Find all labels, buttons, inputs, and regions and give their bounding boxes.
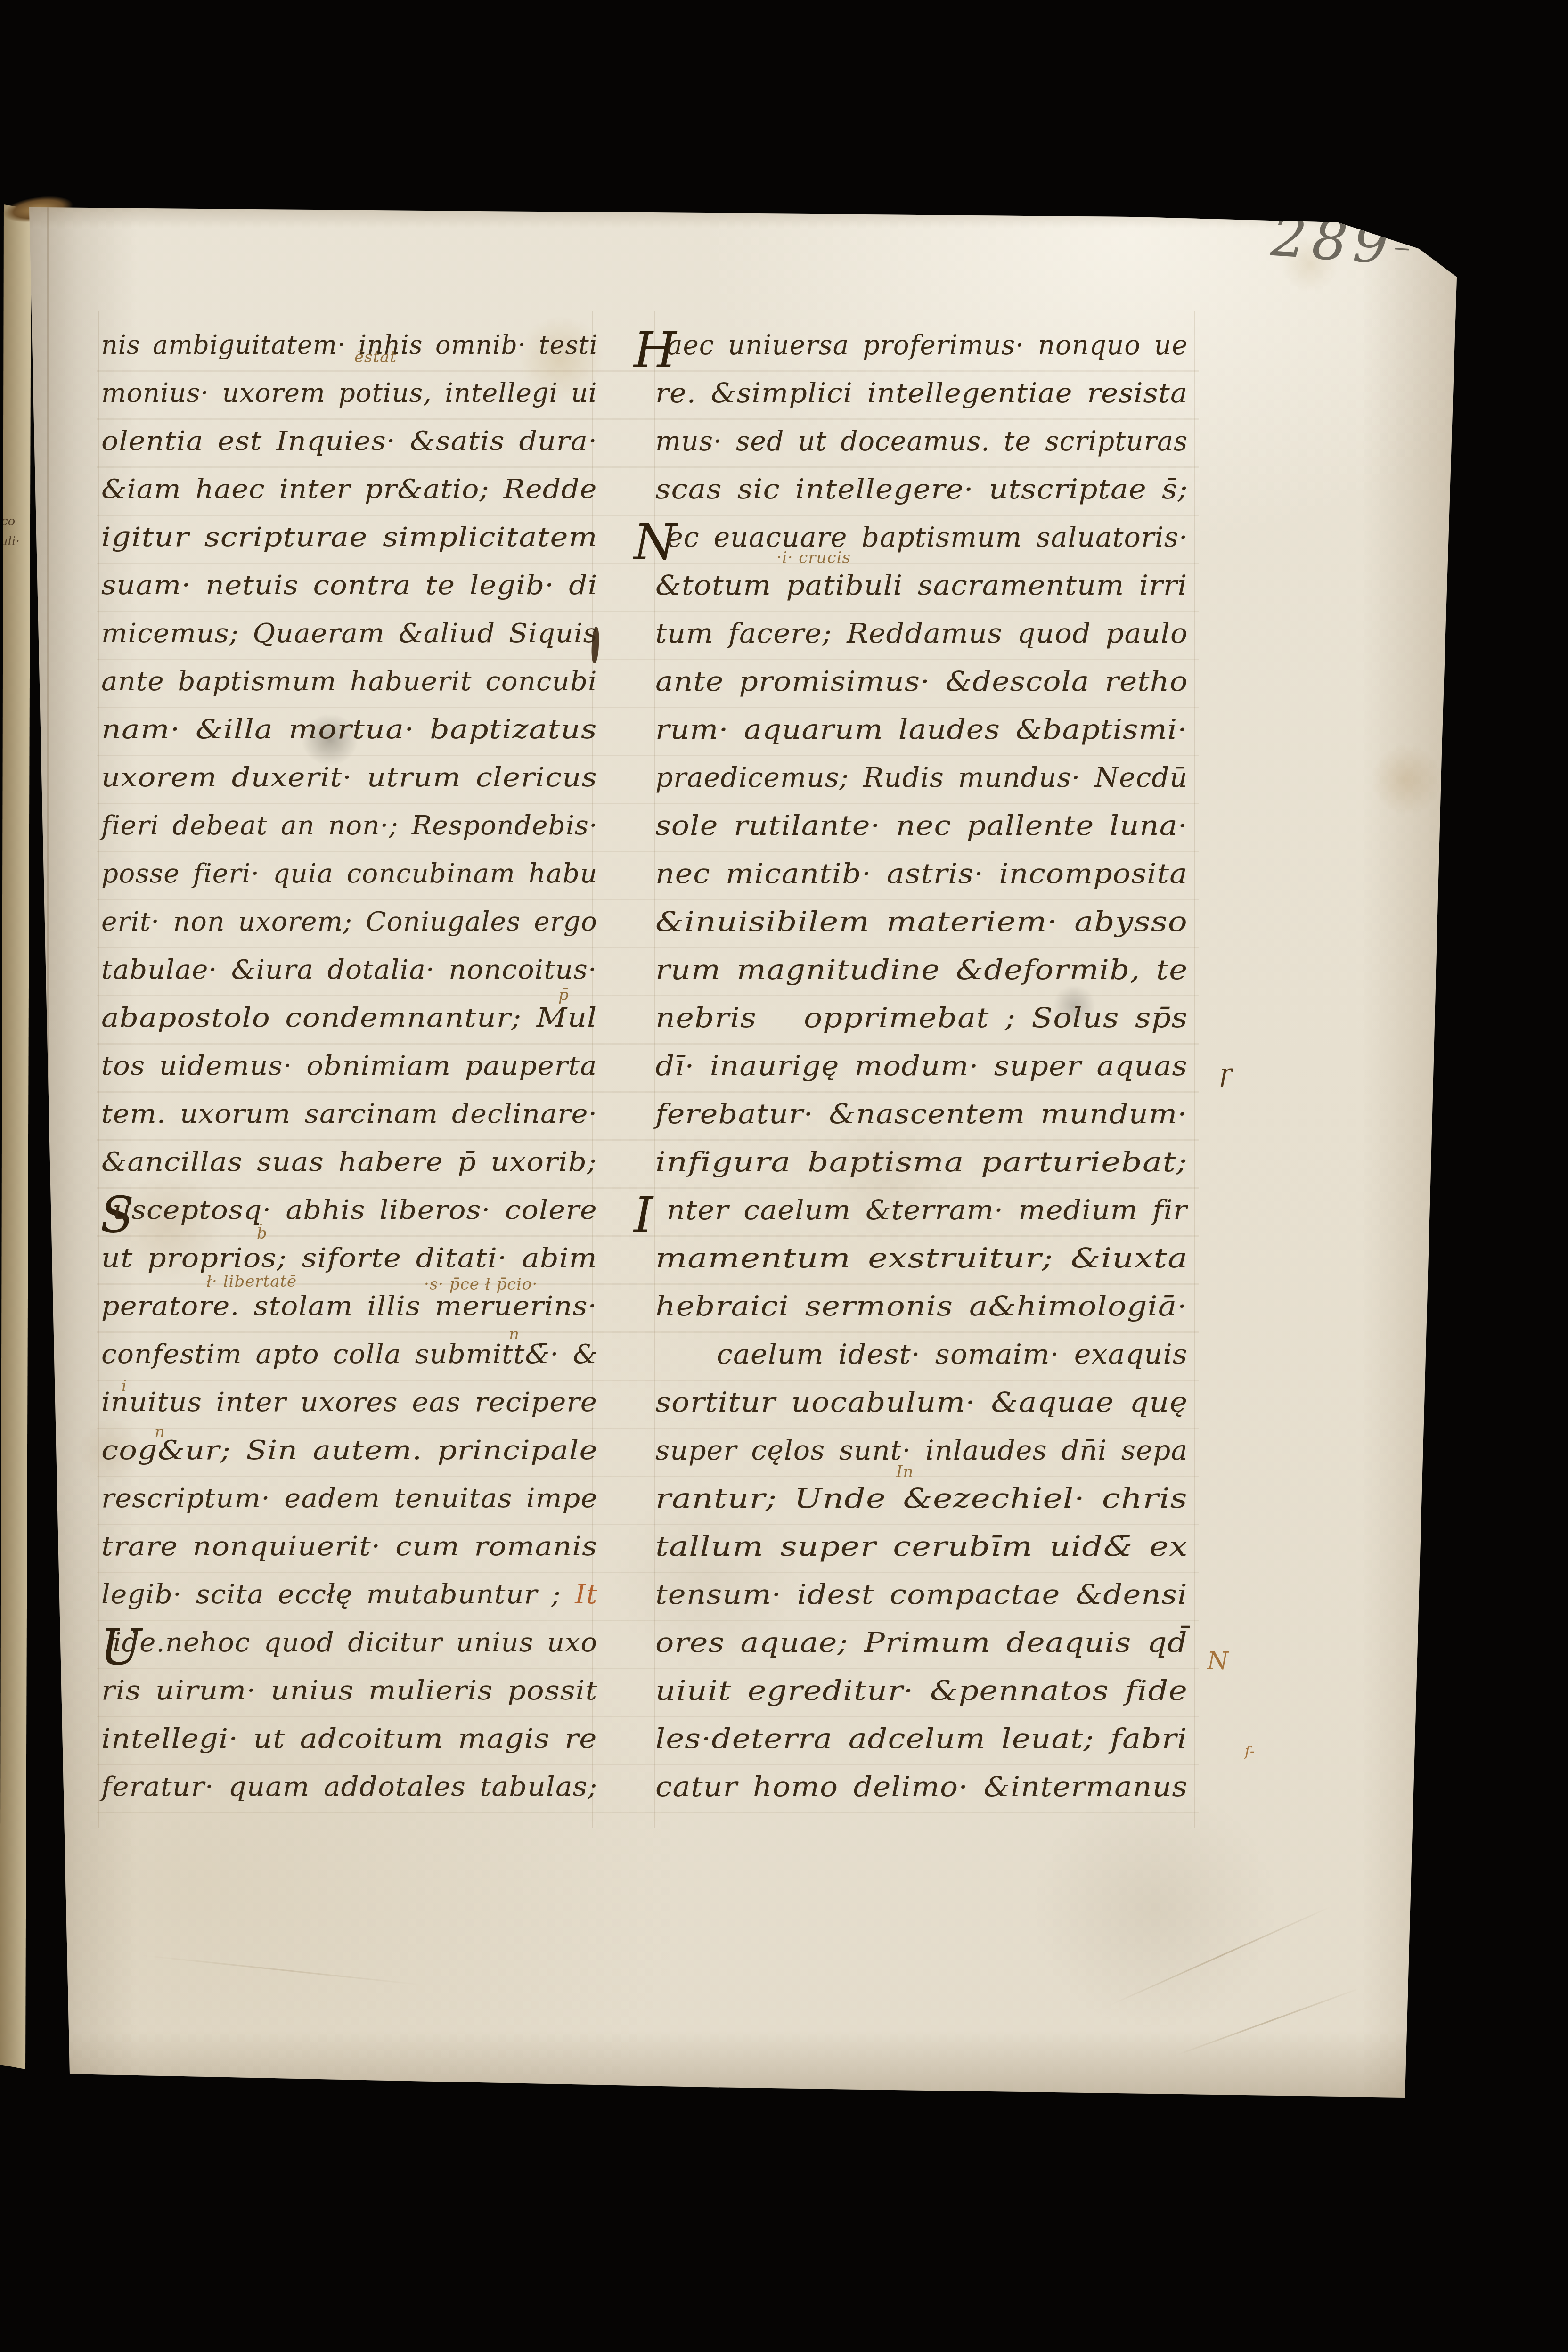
text-line: trare nonquiuerit· cum romanis bbox=[101, 1531, 597, 1577]
text-line: sortitur uocabulum· &aquae quę bbox=[655, 1387, 1188, 1433]
interlinear-gloss: n bbox=[155, 1423, 165, 1442]
line-text: nter caelum &terram· medium fir bbox=[667, 1195, 1187, 1226]
line-text: inuitus inter uxores eas recipere bbox=[101, 1387, 597, 1418]
text-line: inuitus inter uxores eas recipere bbox=[101, 1387, 597, 1433]
text-line: legib· scita eccłę mutabuntur ; It bbox=[101, 1579, 597, 1625]
text-line: monius· uxorem potius, intellegi ui bbox=[101, 378, 597, 424]
line-text: igitur scripturae simplicitatem bbox=[101, 522, 598, 553]
text-line: uxorem duxerit· utrum clericus bbox=[101, 762, 597, 808]
margin-mark: N bbox=[1207, 1647, 1229, 1675]
line-text: tos uidemus· obnimiam pauperta bbox=[101, 1051, 597, 1081]
line-text: suam· netuis contra te legib· di bbox=[101, 570, 597, 601]
text-line: tensum· idest compactae &densi bbox=[655, 1579, 1188, 1625]
line-text: mus· sed ut doceamus. te scripturas bbox=[655, 426, 1188, 457]
folio-number-dash: ‒ bbox=[1393, 232, 1411, 262]
line-text: rum· aquarum laudes &baptismi· bbox=[655, 714, 1187, 745]
line-text: ut proprios; siforte ditati· abim bbox=[101, 1243, 597, 1274]
line-text: erit· non uxorem; Coniugales ergo bbox=[101, 906, 597, 937]
line-text: rescriptum· eadem tenuitas impe bbox=[101, 1483, 597, 1514]
folio-number: 289 bbox=[1269, 204, 1396, 277]
text-line: &iam haec inter pr&atio; Redde bbox=[101, 474, 597, 520]
text-line: caelum idest· somaim· exaquis bbox=[717, 1339, 1188, 1385]
page-edge-shadow-top bbox=[29, 206, 1457, 228]
hanging-initial: I bbox=[634, 1186, 653, 1244]
manuscript-page: 289‒ nis ambiguitatem· inhis omnib· test… bbox=[0, 0, 1568, 2352]
text-line: mamentum exstruitur; &iuxta bbox=[655, 1243, 1188, 1289]
text-line: hebraici sermonis a&himologiā· bbox=[655, 1291, 1188, 1337]
line-text: &inuisibilem materiem· abysso bbox=[655, 906, 1188, 938]
text-line: uiuit egreditur· &pennatos fide bbox=[655, 1675, 1188, 1722]
text-line: scas sic intellegere· utscriptae s̄; bbox=[655, 474, 1188, 520]
text-line: dī· inaurigę modum· super aquas bbox=[655, 1051, 1188, 1097]
text-line: rescriptum· eadem tenuitas impe bbox=[101, 1483, 597, 1529]
interlinear-gloss: p̄ bbox=[558, 986, 569, 1004]
line-text: micemus; Quaeram &aliud Siquis bbox=[101, 618, 598, 649]
interlinear-gloss: ḃ bbox=[257, 1224, 268, 1243]
line-text: usceptosq· abhis liberos· colere bbox=[113, 1195, 597, 1225]
line-text: peratore. stolam illis meruerins· bbox=[101, 1291, 597, 1322]
line-text: tem. uxorum sarcinam declinare· bbox=[101, 1099, 597, 1129]
text-line: abapostolo condemnantur; Mul bbox=[101, 1003, 597, 1049]
text-line: nebris opprimebat ; Solus sp̄s bbox=[655, 1003, 1188, 1049]
line-text: monius· uxorem potius, intellegi ui bbox=[101, 378, 597, 408]
line-text: re. &simplici intellegentiae resista bbox=[655, 378, 1188, 409]
line-text: super cęlos sunt· inlaudes dn̄i sepa bbox=[655, 1435, 1188, 1466]
line-text: legib· scita eccłę mutabuntur ; It bbox=[101, 1579, 598, 1610]
folio-number-pencil: 289‒ bbox=[1269, 204, 1413, 278]
text-line: posse fieri· quia concubinam habu bbox=[101, 858, 597, 905]
line-text: les·deterra adcelum leuat; fabri bbox=[655, 1723, 1188, 1755]
column-rule bbox=[98, 311, 99, 1828]
line-text: ide.nehoc quod dicitur unius uxo bbox=[113, 1627, 597, 1658]
text-line: tem. uxorum sarcinam declinare· bbox=[101, 1099, 597, 1145]
line-text: cog&ur; Sin autem. principale bbox=[101, 1435, 598, 1466]
interlinear-gloss: In bbox=[896, 1462, 914, 1481]
line-text: ores aquae; Primum deaquis qd̄ bbox=[655, 1627, 1188, 1658]
text-line: rum magnitudine &deformib, te bbox=[655, 955, 1188, 1001]
text-line: ris uirum· unius mulieris possit bbox=[101, 1675, 597, 1722]
folio-edge-text-fragment: uli· bbox=[0, 534, 20, 548]
line-text: catur homo delimo· &intermanus bbox=[655, 1772, 1188, 1803]
line-text: olentia est Inquies· &satis dura· bbox=[101, 426, 597, 457]
interlinear-gloss: ·s· p̄ce ł p̄cio· bbox=[424, 1275, 538, 1294]
line-text: infigura baptisma parturiebat; bbox=[655, 1147, 1188, 1178]
text-line: nec micantib· astris· incomposita bbox=[655, 858, 1188, 905]
text-line: Haec uniuersa proferimus· nonquo ue bbox=[667, 330, 1188, 376]
text-line: erit· non uxorem; Coniugales ergo bbox=[101, 906, 597, 953]
line-text: uiuit egreditur· &pennatos fide bbox=[655, 1675, 1188, 1707]
interlinear-gloss: ·i· crucis bbox=[776, 548, 851, 567]
line-text: tabulae· &iura dotalia· noncoitus· bbox=[101, 955, 597, 985]
interlinear-gloss: n bbox=[509, 1325, 520, 1344]
text-line: ores aquae; Primum deaquis qd̄ bbox=[655, 1627, 1188, 1674]
line-text: uxorem duxerit· utrum clericus bbox=[101, 762, 597, 793]
margin-mark: ſ- bbox=[1245, 1743, 1255, 1760]
text-line: nam· &illa mortua· baptizatus bbox=[101, 714, 597, 760]
text-line: igitur scripturae simplicitatem bbox=[101, 522, 597, 568]
text-line: catur homo delimo· &intermanus bbox=[655, 1772, 1188, 1818]
text-line: peratore. stolam illis meruerins· bbox=[101, 1291, 597, 1337]
line-text: sole rutilante· nec pallente luna· bbox=[655, 810, 1188, 841]
text-line: fieri debeat an non·; Respondebis· bbox=[101, 810, 597, 857]
line-text: sortitur uocabulum· &aquae quę bbox=[655, 1387, 1188, 1418]
text-line: ante baptismum habuerit concubi bbox=[101, 666, 597, 712]
text-line: confestim apto colla submitt&̄· & bbox=[101, 1339, 597, 1385]
line-text: intellegi· ut adcoitum magis re bbox=[101, 1723, 597, 1754]
text-line: Inter caelum &terram· medium fir bbox=[667, 1195, 1188, 1241]
text-line: tabulae· &iura dotalia· noncoitus· bbox=[101, 955, 597, 1001]
text-line: Susceptosq· abhis liberos· colere bbox=[113, 1195, 597, 1241]
text-line: praedicemus; Rudis mundus· Necdū bbox=[655, 762, 1188, 808]
text-line: tallum super cerubīm uid&̄ ex bbox=[655, 1531, 1188, 1577]
line-text: &totum patibuli sacramentum irri bbox=[655, 570, 1187, 601]
text-line: cog&ur; Sin autem. principale bbox=[101, 1435, 597, 1481]
text-line: &ancillas suas habere p̄ uxorib; bbox=[101, 1147, 597, 1193]
line-text: feratur· quam addotales tabulas; bbox=[101, 1772, 597, 1802]
text-line: Uide.nehoc quod dicitur unius uxo bbox=[113, 1627, 597, 1674]
text-line: infigura baptisma parturiebat; bbox=[655, 1147, 1188, 1193]
text-line: re. &simplici intellegentiae resista bbox=[655, 378, 1188, 424]
interlinear-gloss: i bbox=[122, 1377, 127, 1396]
text-line: Nec euacuare baptismum saluatoris· bbox=[667, 522, 1188, 568]
interlinear-gloss: ēstat bbox=[354, 348, 397, 367]
line-text: caelum idest· somaim· exaquis bbox=[717, 1339, 1188, 1370]
text-line: rum· aquarum laudes &baptismi· bbox=[655, 714, 1188, 760]
line-text: &iam haec inter pr&atio; Redde bbox=[101, 474, 597, 505]
line-text: ris uirum· unius mulieris possit bbox=[101, 1675, 597, 1706]
line-text: abapostolo condemnantur; Mul bbox=[101, 1003, 597, 1033]
text-line: micemus; Quaeram &aliud Siquis bbox=[101, 618, 597, 664]
line-text: dī· inaurigę modum· super aquas bbox=[655, 1051, 1188, 1082]
text-line: rantur; Unde &ezechiel· chris bbox=[655, 1483, 1188, 1529]
line-text: tum facere; Reddamus quod paulo bbox=[655, 618, 1188, 649]
page-edge-shadow-right bbox=[1362, 207, 1461, 2101]
line-text: praedicemus; Rudis mundus· Necdū bbox=[655, 762, 1188, 793]
line-text: tallum super cerubīm uid&̄ ex bbox=[655, 1531, 1188, 1562]
parchment-wrinkle bbox=[1108, 1905, 1332, 2006]
text-line: &inuisibilem materiem· abysso bbox=[655, 906, 1188, 953]
text-line: olentia est Inquies· &satis dura· bbox=[101, 426, 597, 472]
page-edge-shadow-bottom bbox=[29, 2031, 1410, 2101]
text-line: tos uidemus· obnimiam pauperta bbox=[101, 1051, 597, 1097]
line-text: aec uniuersa proferimus· nonquo ue bbox=[667, 330, 1188, 361]
text-line: tum facere; Reddamus quod paulo bbox=[655, 618, 1188, 664]
line-text: ante baptismum habuerit concubi bbox=[101, 666, 597, 697]
text-line: super cęlos sunt· inlaudes dn̄i sepa bbox=[655, 1435, 1188, 1481]
line-text: rantur; Unde &ezechiel· chris bbox=[655, 1483, 1188, 1514]
line-text: posse fieri· quia concubinam habu bbox=[101, 858, 598, 889]
line-text: tensum· idest compactae &densi bbox=[655, 1579, 1188, 1610]
text-line: intellegi· ut adcoitum magis re bbox=[101, 1723, 597, 1770]
text-line: les·deterra adcelum leuat; fabri bbox=[655, 1723, 1188, 1770]
text-line: suam· netuis contra te legib· di bbox=[101, 570, 597, 616]
line-text: mamentum exstruitur; &iuxta bbox=[655, 1243, 1188, 1274]
line-text: nam· &illa mortua· baptizatus bbox=[101, 714, 597, 745]
line-text: ferebatur· &nascentem mundum· bbox=[655, 1099, 1188, 1130]
line-text: fieri debeat an non·; Respondebis· bbox=[101, 810, 598, 841]
manuscript-photo: { "page": { "folio_number": "289", "foli… bbox=[0, 0, 1568, 2352]
line-text: nis ambiguitatem· inhis omnib· testi bbox=[101, 330, 598, 360]
line-text: nebris opprimebat ; Solus sp̄s bbox=[655, 1003, 1188, 1034]
margin-mark: ɼ bbox=[1219, 1058, 1232, 1088]
text-line: mus· sed ut doceamus. te scripturas bbox=[655, 426, 1188, 472]
text-line: ferebatur· &nascentem mundum· bbox=[655, 1099, 1188, 1145]
line-text: trare nonquiuerit· cum romanis bbox=[101, 1531, 597, 1562]
text-line: sole rutilante· nec pallente luna· bbox=[655, 810, 1188, 857]
text-line: feratur· quam addotales tabulas; bbox=[101, 1772, 597, 1818]
line-text: nec micantib· astris· incomposita bbox=[655, 858, 1188, 890]
gutter-fold-line bbox=[47, 207, 49, 2075]
line-text: rum magnitudine &deformib, te bbox=[655, 955, 1188, 986]
interlinear-gloss: ł· libertatē bbox=[206, 1272, 297, 1291]
line-text: &ancillas suas habere p̄ uxorib; bbox=[101, 1147, 597, 1177]
rubric-text: It bbox=[561, 1579, 598, 1610]
text-line: nis ambiguitatem· inhis omnib· testi bbox=[101, 330, 597, 376]
text-line: &totum patibuli sacramentum irri bbox=[655, 570, 1188, 616]
folio-edge-text-fragment: co bbox=[1, 514, 15, 529]
column-rule bbox=[1194, 311, 1195, 1828]
line-text: ec euacuare baptismum saluatoris· bbox=[667, 522, 1188, 553]
line-text: scas sic intellegere· utscriptae s̄; bbox=[655, 474, 1188, 505]
parchment-wrinkle bbox=[142, 1955, 423, 1986]
line-text: ante promisimus· &descola retho bbox=[655, 666, 1188, 697]
text-line: ante promisimus· &descola retho bbox=[655, 666, 1188, 712]
line-text: hebraici sermonis a&himologiā· bbox=[655, 1291, 1188, 1322]
line-text: confestim apto colla submitt&̄· & bbox=[101, 1339, 598, 1370]
